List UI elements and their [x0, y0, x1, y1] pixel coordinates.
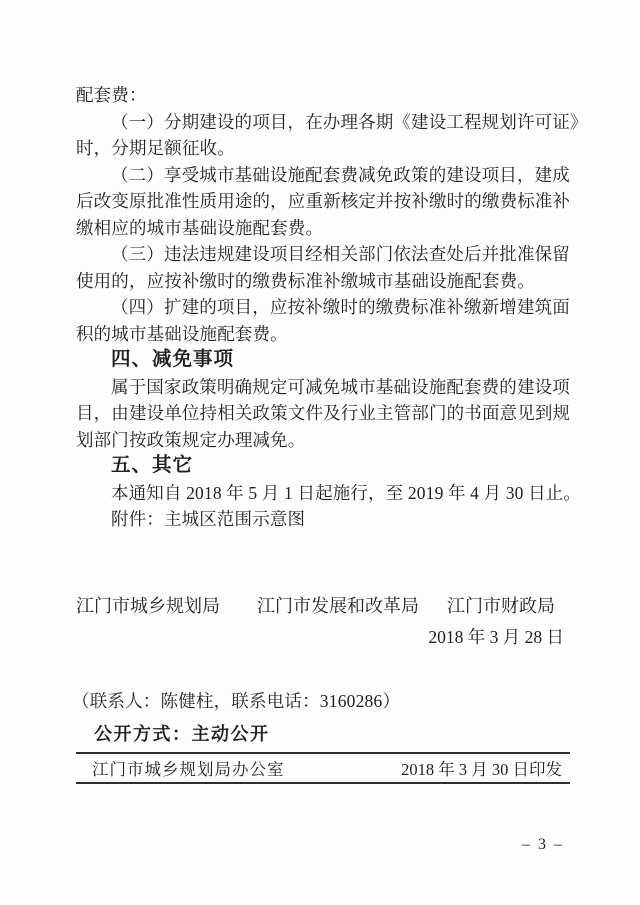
body-line: 使用的，应按补缴时的缴费标准补缴城市基础设施配套费。	[76, 268, 574, 295]
signature-agency: 江门市发展和改革局	[257, 591, 419, 622]
signature-agency: 江门市城乡规划局	[76, 591, 220, 622]
disclosure-method: 公开方式：主动公开	[94, 722, 270, 746]
signature-block: 江门市城乡规划局 江门市发展和改革局 江门市财政局 2018 年 3 月 28 …	[76, 591, 570, 653]
footer-rule-bottom	[76, 782, 570, 784]
section-heading: 四、减免事项	[76, 347, 574, 374]
attachment-note: 附件：主城区范围示意图	[76, 506, 574, 533]
body-line: （二）享受城市基础设施配套费减免政策的建设项目，建成	[76, 162, 574, 189]
body-line: 缴相应的城市基础设施配套费。	[76, 215, 574, 242]
body-line: 划部门按政策规定办理减免。	[76, 427, 574, 454]
body-line: （三）违法违规建设项目经相关部门依法查处后并批准保留	[76, 241, 574, 268]
body-line: 后改变原批准性质用途的，应重新核定并按补缴时的缴费标准补	[76, 188, 574, 215]
page-number: – 3 –	[522, 835, 564, 855]
document-page: 配套费： （一）分期建设的项目，在办理各期《建设工程规划许可证》 时，分期足额征…	[0, 0, 640, 905]
signature-agency: 江门市财政局	[447, 591, 555, 622]
body-line: 本通知自 2018 年 5 月 1 日起施行，至 2019 年 4 月 30 日…	[76, 480, 574, 507]
body-line: 积的城市基础设施配套费。	[76, 321, 574, 348]
contact-info: （联系人：陈健柱，联系电话：3160286）	[72, 688, 400, 715]
document-body: 配套费： （一）分期建设的项目，在办理各期《建设工程规划许可证》 时，分期足额征…	[76, 82, 574, 533]
body-line: 时，分期足额征收。	[76, 135, 574, 162]
body-line: （一）分期建设的项目，在办理各期《建设工程规划许可证》	[76, 109, 574, 136]
body-line: （四）扩建的项目，应按补缴时的缴费标准补缴新增建筑面	[76, 294, 574, 321]
signature-date: 2018 年 3 月 28 日	[76, 622, 570, 653]
body-line: 目，由建设单位持相关政策文件及行业主管部门的书面意见到规	[76, 400, 574, 427]
section-heading: 五、其它	[76, 453, 574, 480]
footer-issuer: 江门市城乡规划局办公室	[92, 756, 285, 780]
footer-imprint-row: 江门市城乡规划局办公室 2018 年 3 月 30 日印发	[76, 754, 570, 782]
body-line: 配套费：	[76, 82, 574, 109]
body-line: 属于国家政策明确规定可减免城市基础设施配套费的建设项	[76, 374, 574, 401]
footer-print-date: 2018 年 3 月 30 日印发	[401, 756, 562, 780]
signature-agencies: 江门市城乡规划局 江门市发展和改革局 江门市财政局	[76, 591, 570, 622]
